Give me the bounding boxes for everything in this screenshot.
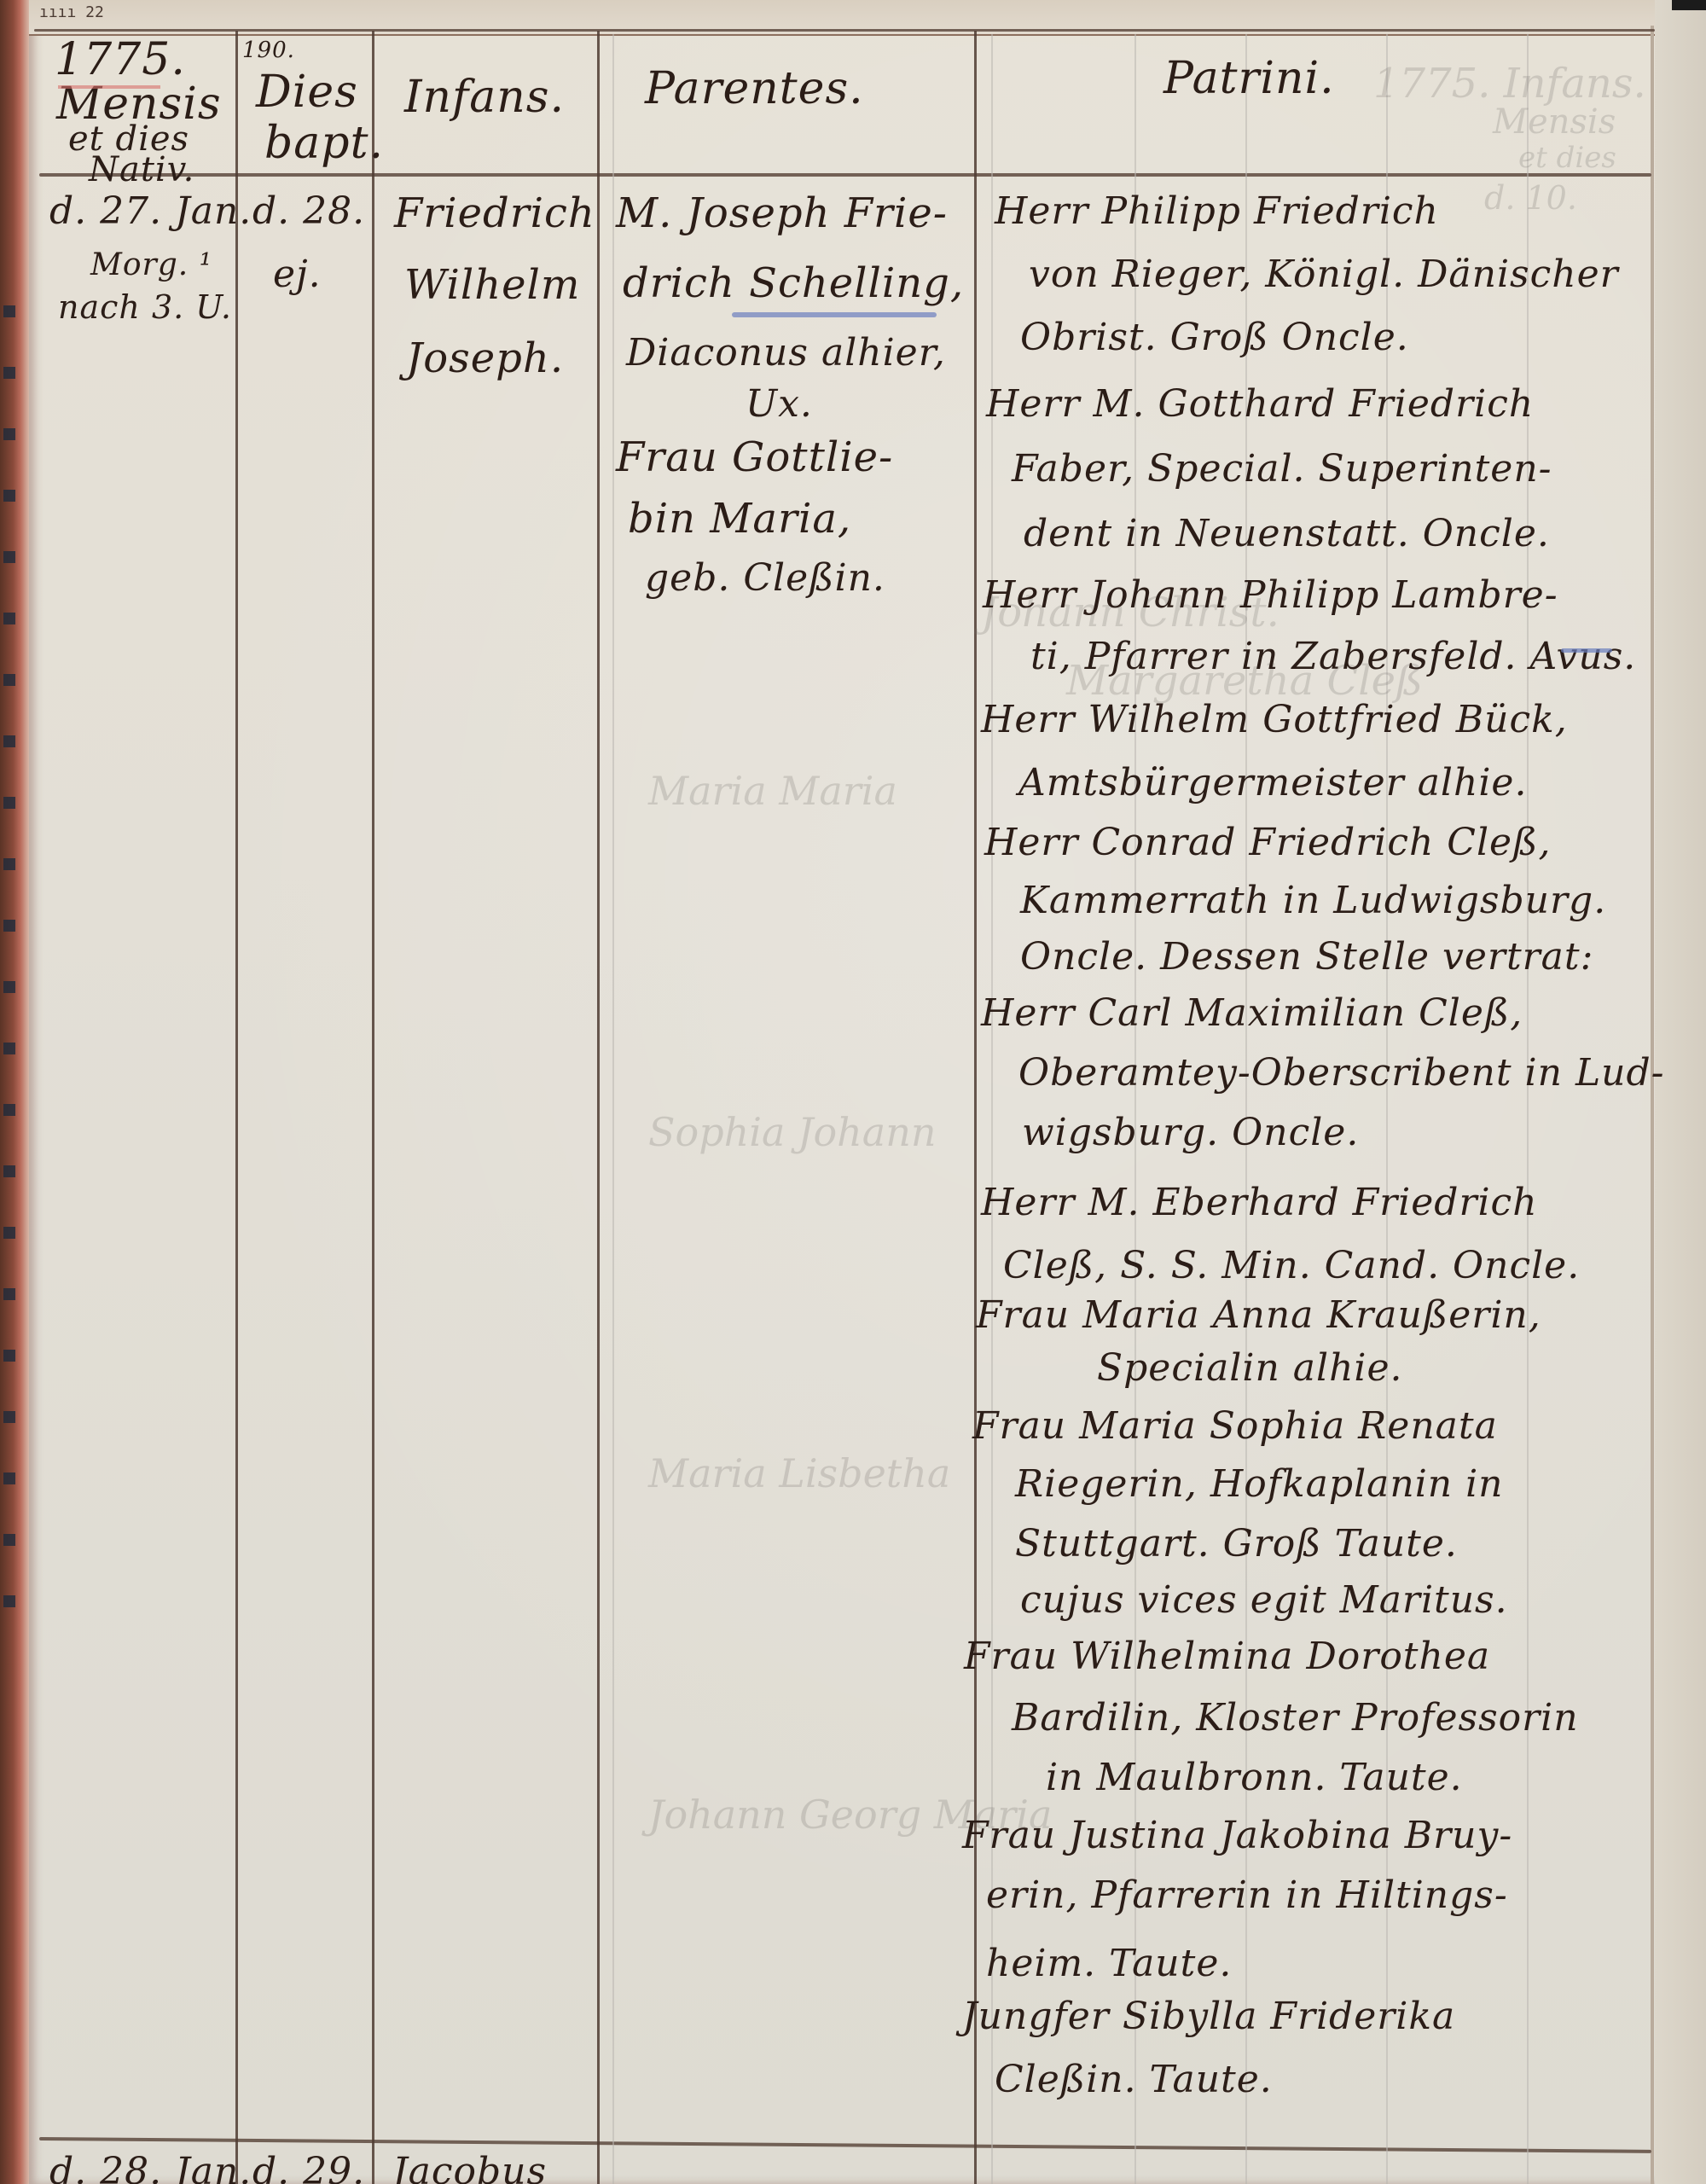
infant-name-2: Wilhelm bbox=[404, 264, 580, 305]
page-right-edge bbox=[1651, 26, 1654, 2184]
godparent-line: in Maulbronn. Taute. bbox=[1046, 1759, 1463, 1797]
column-divider-2 bbox=[372, 31, 374, 2184]
godparent-line: Riegerin, Hofkaplanin in bbox=[1015, 1466, 1504, 1503]
godparent-line: Herr Johann Philipp Lambre- bbox=[983, 577, 1558, 614]
book-binding bbox=[0, 0, 29, 2184]
godparent-line: dent in Neuenstatt. Oncle. bbox=[1024, 515, 1550, 553]
godparent-line: cujus vices egit Maritus. bbox=[1020, 1582, 1508, 1619]
godparent-line: heim. Taute. bbox=[986, 1945, 1232, 1983]
godparent-line: Herr Carl Maximilian Cleß, bbox=[981, 995, 1523, 1032]
column-divider-1 bbox=[235, 31, 238, 2184]
godparent-line: Stuttgart. Groß Taute. bbox=[1015, 1525, 1458, 1563]
header-col1-line3: Nativ. bbox=[89, 150, 194, 189]
column-divider-4 bbox=[974, 31, 977, 2184]
godparent-line: Amtsbürgermeister alhie. bbox=[1018, 764, 1527, 802]
binding-stitching bbox=[3, 256, 15, 1621]
faint-guide bbox=[612, 34, 614, 2184]
parents-line: Frau Gottlie- bbox=[616, 437, 893, 478]
godparent-line: Jungfer Sibylla Friderika bbox=[962, 1998, 1455, 2036]
bleed-through-text: Sophia Johann bbox=[648, 1109, 936, 1155]
birth-date: d. 27. Jan. bbox=[49, 193, 252, 230]
parents-line: bin Maria, bbox=[628, 498, 851, 539]
godparent-line: von Rieger, Königl. Dänischer bbox=[1029, 256, 1619, 293]
scan-corner bbox=[1672, 0, 1706, 10]
godparent-line: wigsburg. Oncle. bbox=[1022, 1114, 1359, 1152]
parents-line: M. Joseph Frie- bbox=[616, 193, 948, 234]
parents-line: Diaconus alhier, bbox=[626, 334, 946, 372]
header-infans: Infans. bbox=[404, 72, 565, 123]
godparent-line: Frau Maria Sophia Renata bbox=[972, 1408, 1498, 1445]
header-parentes: Parentes. bbox=[645, 63, 864, 114]
register-year: 1775. bbox=[55, 34, 186, 85]
birth-time-line1: Morg. ¹ bbox=[90, 247, 212, 282]
bleed-through-text: 1775. Infans. bbox=[1373, 60, 1646, 107]
next-infant-name: Jacobus bbox=[392, 2153, 547, 2184]
godparent-line: Oncle. Dessen Stelle vertrat: bbox=[1020, 938, 1593, 976]
header-col2-line1: Dies bbox=[256, 67, 358, 118]
next-birth-date: d. 28. Jan. bbox=[49, 2153, 252, 2184]
godparent-line: Cleßin. Taute. bbox=[995, 2061, 1273, 2099]
bleed-through-text: et dies bbox=[1518, 141, 1616, 175]
infant-name-1: Friedrich bbox=[394, 193, 595, 234]
header-col2-line2: bapt. bbox=[264, 118, 384, 169]
godparent-line: Frau Maria Anna Kraußerin, bbox=[976, 1297, 1541, 1334]
parents-line: Ux. bbox=[746, 386, 813, 423]
bleed-through-text: d. 10. bbox=[1484, 179, 1577, 217]
bleed-through-text: Maria Maria bbox=[648, 768, 897, 814]
column-divider-3 bbox=[597, 31, 600, 2184]
godparent-line: Herr Philipp Friedrich bbox=[995, 193, 1439, 230]
baptism-ej: ej. bbox=[273, 256, 322, 293]
faint-guide bbox=[991, 34, 993, 2184]
blue-pencil-mark bbox=[1561, 648, 1612, 653]
parents-line: drich Schelling, bbox=[623, 263, 964, 304]
godparent-line: Specialin alhie. bbox=[1097, 1350, 1403, 1387]
infant-name-3: Joseph. bbox=[406, 338, 564, 379]
godparent-line: Frau Justina Jakobina Bruy- bbox=[962, 1817, 1512, 1855]
godparent-line: erin, Pfarrerin in Hiltings- bbox=[986, 1877, 1508, 1914]
godparent-line: Faber, Special. Superinten- bbox=[1012, 450, 1552, 488]
page-corner-mark: ıııı 22 bbox=[39, 3, 104, 21]
header-patrini: Patrini. bbox=[1163, 53, 1335, 104]
faint-guide bbox=[1527, 34, 1529, 2184]
godparent-line: Herr M. Gotthard Friedrich bbox=[986, 386, 1534, 423]
birth-time-line2: nach 3. U. bbox=[58, 288, 232, 326]
godparent-line: Herr Wilhelm Gottfried Bück, bbox=[981, 701, 1568, 739]
godparent-line: ti, Pfarrer in Zabersfeld. Avus. bbox=[1030, 638, 1636, 676]
godparent-line: Herr M. Eberhard Friedrich bbox=[981, 1184, 1538, 1222]
godparent-line: Kammerrath in Ludwigsburg. bbox=[1020, 882, 1606, 920]
parents-line: geb. Cleßin. bbox=[645, 560, 885, 597]
baptism-date: d. 28. bbox=[252, 193, 365, 230]
header-top-rule bbox=[34, 29, 1655, 32]
godparent-line: Herr Conrad Friedrich Cleß, bbox=[984, 824, 1551, 862]
blue-pencil-underline bbox=[732, 312, 937, 317]
header-bottom-rule bbox=[39, 173, 1651, 177]
godparent-line: Bardilin, Kloster Professorin bbox=[1012, 1699, 1579, 1737]
next-baptism-date: d. 29. bbox=[252, 2153, 365, 2184]
bleed-through-text: Mensis bbox=[1493, 102, 1616, 142]
godparent-line: Obrist. Groß Oncle. bbox=[1020, 319, 1409, 357]
godparent-line: Cleß, S. S. Min. Cand. Oncle. bbox=[1003, 1247, 1580, 1285]
godparent-line: Oberamtey-Oberscribent in Lud- bbox=[1018, 1054, 1665, 1092]
bleed-through-text: Maria Lisbetha bbox=[648, 1450, 950, 1496]
header-col2-superscript: 190. bbox=[242, 38, 295, 63]
red-pencil-mark bbox=[58, 85, 160, 89]
godparent-line: Frau Wilhelmina Dorothea bbox=[964, 1638, 1490, 1676]
